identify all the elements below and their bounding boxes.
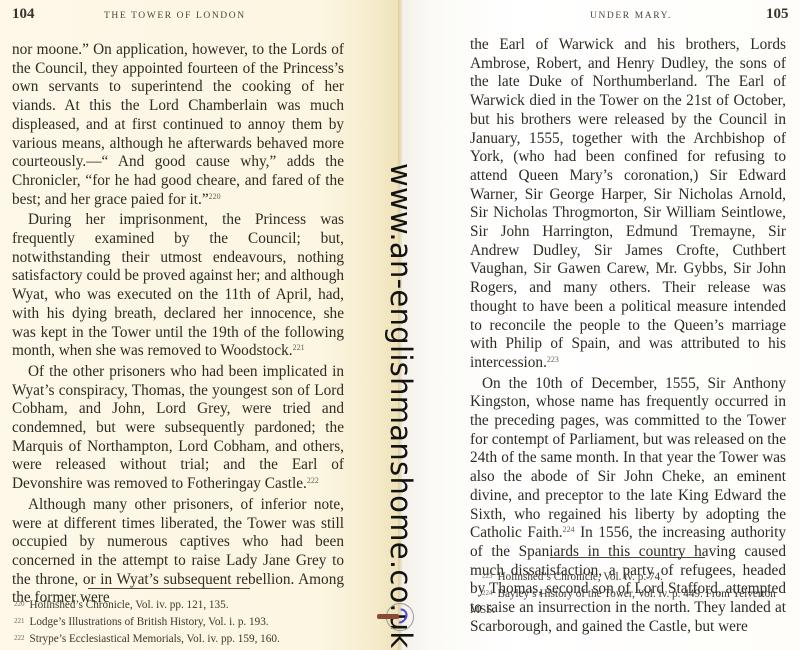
globe-pin-logo-icon [386, 603, 414, 631]
watermark-text: www.an-englishmanshome.co.uk [386, 163, 416, 648]
footnote-ref[interactable]: 224 [563, 525, 575, 534]
footnote: 220Holinshed’s Chronicle, Vol. iv. pp. 1… [14, 596, 344, 613]
footnote: 223Holinshed’s Chronicle, Vol. iv. p. 74… [470, 568, 786, 585]
footnote-text: Holinshed’s Chronicle, Vol. iv. p. 74. [498, 571, 663, 583]
footnote: 224Bayley’s History of the Tower, Vol. i… [470, 585, 786, 618]
paragraph-text: Of the other prisoners who had been impl… [12, 363, 344, 492]
footnote-ref[interactable]: 223 [547, 355, 559, 364]
footnotes: 220Holinshed’s Chronicle, Vol. iv. pp. 1… [14, 596, 344, 647]
footnote-text: Holinshed’s Chronicle, Vol. iv. pp. 121,… [30, 599, 229, 611]
footnote: 221Lodge’s Illustrations of British Hist… [14, 613, 344, 630]
running-head: UNDER MARY. [590, 11, 672, 21]
paragraph: Although many other prisoners, of inferi… [12, 496, 344, 608]
paragraph: During her imprisonment, the Princess wa… [12, 211, 344, 361]
footnote-text: Lodge’s Illustrations of British History… [30, 616, 269, 628]
page-number: 105 [766, 6, 789, 23]
body-text: nor moone.” On application, however, to … [12, 41, 344, 608]
footnote-text: Strype’s Ecclesiastical Memorials, Vol. … [30, 633, 280, 645]
paragraph-text: Although many other prisoners, of inferi… [12, 496, 344, 607]
left-page: 104 THE TOWER OF LONDON nor moone.” On a… [0, 0, 400, 650]
footnote: 222Strype’s Ecclesiastical Memorials, Vo… [14, 630, 344, 647]
watermark: www.an-englishmanshome.co.uk [386, 163, 426, 583]
footnotes: 223Holinshed’s Chronicle, Vol. iv. p. 74… [470, 568, 786, 618]
paragraph-text: nor moone.” On application, however, to … [12, 41, 344, 208]
book-spread: 104 THE TOWER OF LONDON nor moone.” On a… [0, 0, 800, 650]
footnote-divider [88, 588, 250, 589]
paragraph-text: During her imprisonment, the Princess wa… [12, 211, 344, 359]
paragraph: Of the other prisoners who had been impl… [12, 363, 344, 494]
paragraph-text: the Earl of Warwick and his brothers, Lo… [470, 36, 786, 371]
page-number: 104 [12, 6, 35, 23]
footnote-text: Bayley’s History of the Tower, Vol. iv. … [470, 588, 776, 616]
footnote-number: 220 [14, 600, 25, 608]
footnote-ref[interactable]: 222 [307, 476, 319, 485]
body-text: the Earl of Warwick and his brothers, Lo… [470, 36, 786, 637]
pin-icon [377, 614, 399, 619]
paragraph: nor moone.” On application, however, to … [12, 41, 344, 209]
footnote-number: 223 [482, 572, 493, 580]
running-head: THE TOWER OF LONDON [104, 11, 246, 21]
paragraph-text: On the 10th of December, 1555, Sir Antho… [470, 375, 786, 542]
footnote-number: 221 [14, 617, 25, 625]
footnote-number: 224 [482, 589, 493, 597]
footnote-divider [550, 557, 705, 558]
footnote-ref[interactable]: 220 [209, 192, 221, 201]
paragraph: the Earl of Warwick and his brothers, Lo… [470, 36, 786, 373]
footnote-number: 222 [14, 634, 25, 642]
footnote-ref[interactable]: 221 [293, 343, 305, 352]
